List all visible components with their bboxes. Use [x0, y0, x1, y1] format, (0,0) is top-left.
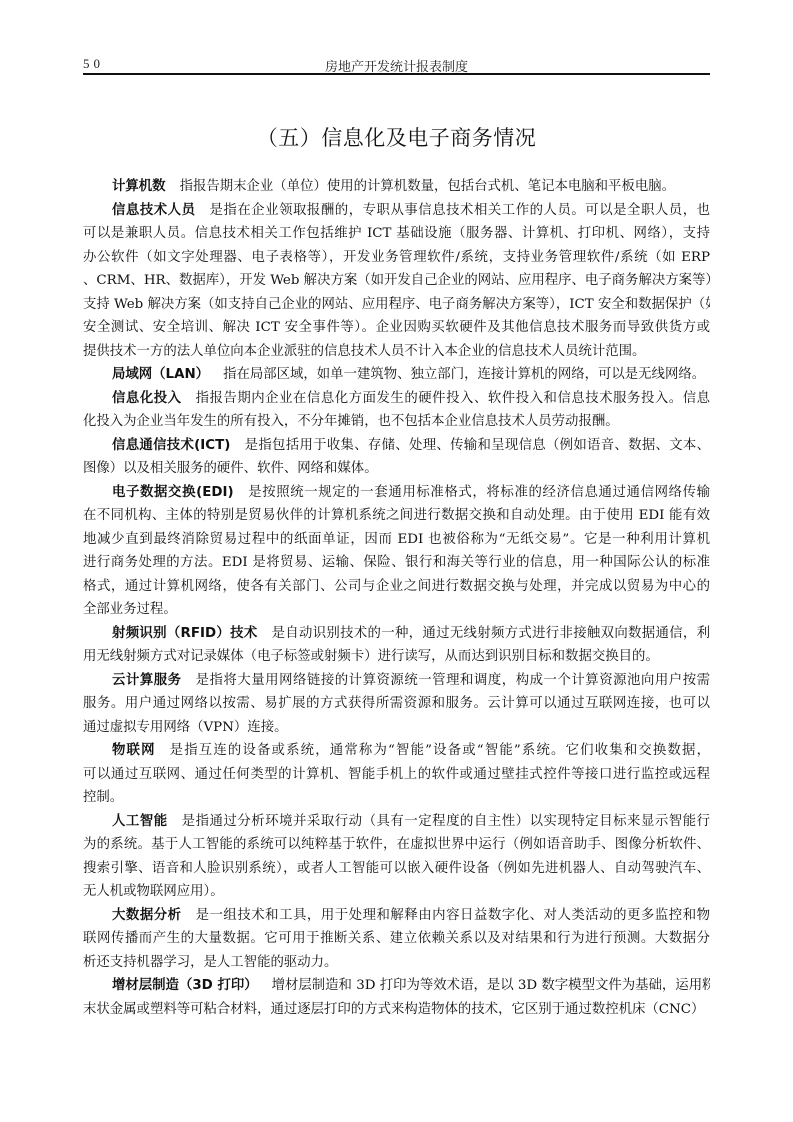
definition-text: 控制。 — [83, 790, 123, 805]
definition-text: 支持 Web 解决方案（如支持自己企业的网站、应用程序、电子商务解决方案等），I… — [83, 297, 710, 312]
definition-text: 服务。用户通过网络以按需、易扩展的方式获得所需资源和服务。云计算可以通过互联网连… — [83, 696, 710, 711]
glossary-entry: 局域网（LAN）指在局部区域，如单一建筑物、独立部门，连接计算机的网络，可以是无… — [83, 363, 710, 387]
definition-text: 是指在企业领取报酬的，专职从事信息技术相关工作的人员。可以是全职人员，也 — [210, 203, 710, 218]
text-line: 控制。 — [83, 786, 710, 810]
glossary-term: 信息化投入 — [112, 391, 182, 406]
text-line: 可以通过互联网、通过任何类型的计算机、智能手机上的软件或通过壁挂式控件等接口进行… — [83, 763, 710, 787]
glossary-term: 信息技术人员 — [112, 203, 196, 218]
glossary-term: 信息通信技术(ICT) — [112, 438, 230, 453]
text-line: 提供技术一方的法人单位向本企业派驻的信息技术人员不计入本企业的信息技术人员统计范… — [83, 340, 710, 364]
glossary-term: 计算机数 — [112, 179, 166, 194]
text-line: 可以是兼职人员。信息技术相关工作包括维护 ICT 基础设施（服务器、计算机、打印… — [83, 222, 710, 246]
text-line: 信息化投入指报告期内企业在信息化方面发生的硬件投入、软件投入和信息技术服务投入。… — [83, 387, 710, 411]
glossary-term: 射频识别（RFID）技术 — [112, 626, 258, 641]
text-line: 计算机数指报告期末企业（单位）使用的计算机数量，包括台式机、笔记本电脑和平板电脑… — [83, 175, 710, 199]
text-line: 云计算服务是指将大量用网络链接的计算资源统一管理和调度，构成一个计算资源池向用户… — [83, 669, 710, 693]
text-line: 物联网是指互连的设备或系统，通常称为“智能”设备或“智能”系统。它们收集和交换数… — [83, 739, 710, 763]
text-line: 搜索引擎、语音和人脸识别系统），或者人工智能可以嵌入硬件设备（例如先进机器人、自… — [83, 857, 710, 881]
text-line: 增材层制造（3D 打印）增材层制造和 3D 打印为等效术语，是以 3D 数字模型… — [83, 974, 710, 998]
text-line: 析还支持机器学习，是人工智能的驱动力。 — [83, 951, 710, 975]
text-line: 信息技术人员是指在企业领取报酬的，专职从事信息技术相关工作的人员。可以是全职人员… — [83, 199, 710, 223]
text-line: 地减少直到最终消除贸易过程中的纸面单证，因而 EDI 也被俗称为“无纸交易”。它… — [83, 528, 710, 552]
glossary-entry: 信息通信技术(ICT)是指包括用于收集、存储、处理、传输和呈现信息（例如语音、数… — [83, 434, 710, 481]
definition-text: 是指互连的设备或系统，通常称为“智能”设备或“智能”系统。它们收集和交换数据， — [170, 743, 710, 758]
definition-text: 是按照统一规定的一套通用标准格式，将标准的经济信息通过通信网络传输 — [248, 485, 710, 500]
text-line: 服务。用户通过网络以按需、易扩展的方式获得所需资源和服务。云计算可以通过互联网连… — [83, 692, 710, 716]
glossary-term: 增材层制造（3D 打印） — [112, 978, 258, 993]
definition-text: 是一组技术和工具，用于处理和解释由内容日益数字化、对人类活动的更多监控和物 — [196, 908, 710, 923]
glossary-entry: 信息化投入指报告期内企业在信息化方面发生的硬件投入、软件投入和信息技术服务投入。… — [83, 387, 710, 434]
definition-text: 析还支持机器学习，是人工智能的驱动力。 — [83, 955, 337, 970]
glossary-term: 人工智能 — [112, 814, 168, 829]
text-line: 无人机或物联网应用）。 — [83, 880, 710, 904]
glossary-term: 云计算服务 — [112, 673, 182, 688]
glossary-entry: 云计算服务是指将大量用网络链接的计算资源统一管理和调度，构成一个计算资源池向用户… — [83, 669, 710, 740]
text-line: 办公软件（如文字处理器、电子表格等），开发业务管理软件/系统，支持业务管理软件/… — [83, 246, 710, 270]
text-line: 射频识别（RFID）技术是自动识别技术的一种，通过无线射频方式进行非接触双向数据… — [83, 622, 710, 646]
text-line: 通过虚拟专用网络（VPN）连接。 — [83, 716, 710, 740]
glossary-term: 物联网 — [112, 743, 156, 758]
glossary-entry: 电子数据交换(EDI)是按照统一规定的一套通用标准格式，将标准的经济信息通过通信… — [83, 481, 710, 622]
text-line: 用无线射频方式对记录媒体（电子标签或射频卡）进行读写，从而达到识别目标和数据交换… — [83, 645, 710, 669]
text-line: 人工智能是指通过分析环境并采取行动（具有一定程度的自主性）以实现特定目标来显示智… — [83, 810, 710, 834]
glossary-entry: 信息技术人员是指在企业领取报酬的，专职从事信息技术相关工作的人员。可以是全职人员… — [83, 199, 710, 364]
definition-text: 是指将大量用网络链接的计算资源统一管理和调度，构成一个计算资源池向用户按需 — [196, 673, 710, 688]
text-line: 支持 Web 解决方案（如支持自己企业的网站、应用程序、电子商务解决方案等），I… — [83, 293, 710, 317]
definition-text: 搜索引擎、语音和人脸识别系统），或者人工智能可以嵌入硬件设备（例如先进机器人、自… — [83, 861, 710, 876]
definition-text: 通过虚拟专用网络（VPN）连接。 — [83, 720, 287, 735]
header-rule — [83, 73, 710, 75]
definition-text: 是指包括用于收集、存储、处理、传输和呈现信息（例如语音、数据、文本、 — [244, 438, 710, 453]
definition-text: 格式，通过计算机网络，使各有关部门、公司与企业之间进行数据交换与处理，并完成以贸… — [83, 579, 710, 594]
text-line: 联网传播而产生的大量数据。它可用于推断关系、建立依赖关系以及对结果和行为进行预测… — [83, 927, 710, 951]
glossary-entry: 增材层制造（3D 打印）增材层制造和 3D 打印为等效术语，是以 3D 数字模型… — [83, 974, 710, 1021]
text-line: 信息通信技术(ICT)是指包括用于收集、存储、处理、传输和呈现信息（例如语音、数… — [83, 434, 710, 458]
glossary-body: 计算机数指报告期末企业（单位）使用的计算机数量，包括台式机、笔记本电脑和平板电脑… — [83, 175, 710, 1021]
definition-text: 办公软件（如文字处理器、电子表格等），开发业务管理软件/系统，支持业务管理软件/… — [83, 250, 710, 265]
glossary-term: 大数据分析 — [112, 908, 182, 923]
definition-text: 进行商务处理的方法。EDI 是将贸易、运输、保险、银行和海关等行业的信息，用一种… — [83, 555, 710, 570]
definition-text: 安全测试、安全培训、解决 ICT 安全事件等）。企业因购买软硬件及其他信息技术服… — [83, 320, 710, 335]
text-line: 为的系统。基于人工智能的系统可以纯粹基于软件，在虚拟世界中运行（例如语音助手、图… — [83, 833, 710, 857]
text-line: 化投入为企业当年发生的所有投入，不分年摊销，也不包括本企业信息技术人员劳动报酬。 — [83, 410, 710, 434]
text-line: 大数据分析是一组技术和工具，用于处理和解释由内容日益数字化、对人类活动的更多监控… — [83, 904, 710, 928]
glossary-entry: 物联网是指互连的设备或系统，通常称为“智能”设备或“智能”系统。它们收集和交换数… — [83, 739, 710, 810]
definition-text: 化投入为企业当年发生的所有投入，不分年摊销，也不包括本企业信息技术人员劳动报酬。 — [83, 414, 619, 429]
definition-text: 无人机或物联网应用）。 — [83, 884, 224, 899]
glossary-entry: 计算机数指报告期末企业（单位）使用的计算机数量，包括台式机、笔记本电脑和平板电脑… — [83, 175, 710, 199]
definition-text: 提供技术一方的法人单位向本企业派驻的信息技术人员不计入本企业的信息技术人员统计范… — [83, 344, 645, 359]
definition-text: 是自动识别技术的一种，通过无线射频方式进行非接触双向数据通信，利 — [272, 626, 710, 641]
glossary-term: 局域网（LAN） — [112, 367, 209, 382]
text-line: 局域网（LAN）指在局部区域，如单一建筑物、独立部门，连接计算机的网络，可以是无… — [83, 363, 710, 387]
definition-text: 末状金属或塑料等可粘合材料，通过逐层打印的方式来构造物体的技术，它区别于通过数控… — [83, 1002, 704, 1017]
text-line: 末状金属或塑料等可粘合材料，通过逐层打印的方式来构造物体的技术，它区别于通过数控… — [83, 998, 710, 1022]
text-line: 全部业务过程。 — [83, 598, 710, 622]
glossary-term: 电子数据交换(EDI) — [112, 485, 234, 500]
definition-text: 在不同机构、主体的特别是贸易伙伴的计算机系统之间进行数据交换和自动处理。由于使用… — [83, 508, 710, 523]
glossary-entry: 大数据分析是一组技术和工具，用于处理和解释由内容日益数字化、对人类活动的更多监控… — [83, 904, 710, 975]
text-line: 电子数据交换(EDI)是按照统一规定的一套通用标准格式，将标准的经济信息通过通信… — [83, 481, 710, 505]
text-line: 格式，通过计算机网络，使各有关部门、公司与企业之间进行数据交换与处理，并完成以贸… — [83, 575, 710, 599]
definition-text: 是指通过分析环境并采取行动（具有一定程度的自主性）以实现特定目标来显示智能行 — [182, 814, 710, 829]
glossary-entry: 人工智能是指通过分析环境并采取行动（具有一定程度的自主性）以实现特定目标来显示智… — [83, 810, 710, 904]
text-line: 在不同机构、主体的特别是贸易伙伴的计算机系统之间进行数据交换和自动处理。由于使用… — [83, 504, 710, 528]
text-line: 进行商务处理的方法。EDI 是将贸易、运输、保险、银行和海关等行业的信息，用一种… — [83, 551, 710, 575]
definition-text: 、CRM、HR、数据库），开发 Web 解决方案（如开发自己企业的网站、应用程序… — [83, 273, 710, 288]
definition-text: 指报告期内企业在信息化方面发生的硬件投入、软件投入和信息技术服务投入。信息 — [196, 391, 710, 406]
definition-text: 指在局部区域，如单一建筑物、独立部门，连接计算机的网络，可以是无线网络。 — [223, 367, 705, 382]
text-line: 、CRM、HR、数据库），开发 Web 解决方案（如开发自己企业的网站、应用程序… — [83, 269, 710, 293]
definition-text: 用无线射频方式对记录媒体（电子标签或射频卡）进行读写，从而达到识别目标和数据交换… — [83, 649, 659, 664]
section-title: （五）信息化及电子商务情况 — [0, 122, 793, 152]
definition-text: 指报告期末企业（单位）使用的计算机数量，包括台式机、笔记本电脑和平板电脑。 — [180, 179, 675, 194]
text-line: 安全测试、安全培训、解决 ICT 安全事件等）。企业因购买软硬件及其他信息技术服… — [83, 316, 710, 340]
text-line: 图像）以及相关服务的硬件、软件、网络和媒体。 — [83, 457, 710, 481]
page-header: 50 房地产开发统计报表制度 — [83, 56, 710, 74]
definition-text: 联网传播而产生的大量数据。它可用于推断关系、建立依赖关系以及对结果和行为进行预测… — [83, 931, 710, 946]
definition-text: 全部业务过程。 — [83, 602, 177, 617]
definition-text: 图像）以及相关服务的硬件、软件、网络和媒体。 — [83, 461, 378, 476]
definition-text: 为的系统。基于人工智能的系统可以纯粹基于软件，在虚拟世界中运行（例如语音助手、图… — [83, 837, 710, 852]
definition-text: 可以通过互联网、通过任何类型的计算机、智能手机上的软件或通过壁挂式控件等接口进行… — [83, 767, 710, 782]
definition-text: 可以是兼职人员。信息技术相关工作包括维护 ICT 基础设施（服务器、计算机、打印… — [83, 226, 710, 241]
glossary-entry: 射频识别（RFID）技术是自动识别技术的一种，通过无线射频方式进行非接触双向数据… — [83, 622, 710, 669]
definition-text: 地减少直到最终消除贸易过程中的纸面单证，因而 EDI 也被俗称为“无纸交易”。它… — [83, 532, 710, 547]
definition-text: 增材层制造和 3D 打印为等效术语，是以 3D 数字模型文件为基础，运用粉 — [272, 978, 710, 993]
